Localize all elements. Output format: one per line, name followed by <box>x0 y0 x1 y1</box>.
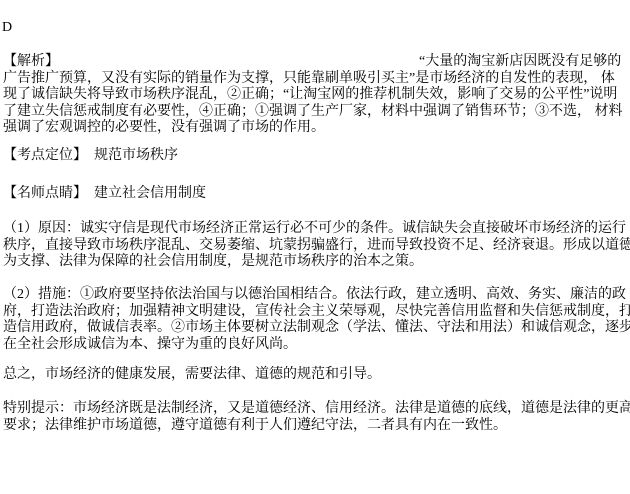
analysis-line: 强调了宏观调控的必要性，没有强调了市场的作用。 <box>3 120 629 137</box>
analysis-first-line: 【解析】“大量的淘宝新店因既没有足够的 <box>3 54 629 71</box>
analysis-first-line-text: “大量的淘宝新店因既没有足够的 <box>419 54 621 69</box>
summary-line: 总之，市场经济的健康发展，需要法律、道德的规范和引导。 <box>3 367 629 384</box>
analysis-line: 现了诚信缺失将导致市场秩序混乱，②正确；“让淘宝网的推荐机制失效，影响了交易的公… <box>3 87 629 104</box>
teacher-tip-label: 【名师点睛】 <box>3 186 87 201</box>
reason-line: （1）原因：诚实守信是现代市场经济正常运行必不可少的条件。诚信缺失会直接破坏市场… <box>3 221 629 238</box>
teacher-tip-gap <box>87 196 94 197</box>
exam-point-label: 【考点定位】 <box>3 148 87 163</box>
reason-paragraph: （1）原因：诚实守信是现代市场经济正常运行必不可少的条件。诚信缺失会直接破坏市场… <box>3 221 629 271</box>
measures-line: 在全社会形成诚信为本、操守为重的良好风尚。 <box>3 337 629 354</box>
answer-letter: D <box>2 20 12 36</box>
exam-point-text: 规范市场秩序 <box>94 148 178 163</box>
exam-point-gap <box>87 158 94 159</box>
measures-line: （2）措施：①政府要坚持依法治国与以德治国相结合。依法行政，建立透明、高效、务实… <box>3 287 629 304</box>
summary-paragraph: 总之，市场经济的健康发展，需要法律、道德的规范和引导。 <box>3 367 629 384</box>
exam-point-line: 【考点定位】规范市场秩序 <box>3 148 629 165</box>
analysis-line: 广告推广预算，又没有实际的销量作为支撑，只能靠刷单吸引买主”是市场经济的自发性的… <box>3 71 629 88</box>
document-page: D 【解析】“大量的淘宝新店因既没有足够的 广告推广预算，又没有实际的销量作为支… <box>0 0 630 494</box>
exam-point-section: 【考点定位】规范市场秩序 <box>3 148 629 165</box>
teacher-tip-title: 建立社会信用制度 <box>94 186 206 201</box>
special-note-paragraph: 特别提示：市场经济既是法制经济，又是道德经济、信用经济。法律是道德的底线，道德是… <box>3 401 629 434</box>
special-note-line: 特别提示：市场经济既是法制经济，又是道德经济、信用经济。法律是道德的底线，道德是… <box>3 401 629 418</box>
analysis-section: 【解析】“大量的淘宝新店因既没有足够的 广告推广预算，又没有实际的销量作为支撑，… <box>3 54 629 137</box>
reason-line: 秩序，直接导致市场秩序混乱、交易萎缩、坑蒙拐骗盛行，进而导致投资不足、经济衰退。… <box>3 238 629 255</box>
teacher-tip-line: 【名师点睛】建立社会信用制度 <box>3 186 629 203</box>
special-note-line: 要求；法律维护市场道德，遵守道德有利于人们遵纪守法，二者具有内在一致性。 <box>3 418 629 435</box>
measures-line: 造信用政府，做诚信表率。②市场主体要树立法制观念（学法、懂法、守法和用法）和诚信… <box>3 320 629 337</box>
measures-line: 府，打造法治政府；加强精神文明建设，宣传社会主义荣辱观，尽快完善信用监督和失信惩… <box>3 304 629 321</box>
teacher-tip-section: 【名师点睛】建立社会信用制度 <box>3 186 629 203</box>
analysis-line: 了建立失信惩戒制度有必要性，④正确；①强调了生产厂家，材料中强调了销售环节；③不… <box>3 104 629 121</box>
reason-line: 为支撑、法律为保障的社会信用制度，是规范市场秩序的治本之策。 <box>3 254 629 271</box>
analysis-blank-gap <box>59 64 419 65</box>
measures-paragraph: （2）措施：①政府要坚持依法治国与以德治国相结合。依法行政，建立透明、高效、务实… <box>3 287 629 353</box>
analysis-label: 【解析】 <box>3 54 59 69</box>
